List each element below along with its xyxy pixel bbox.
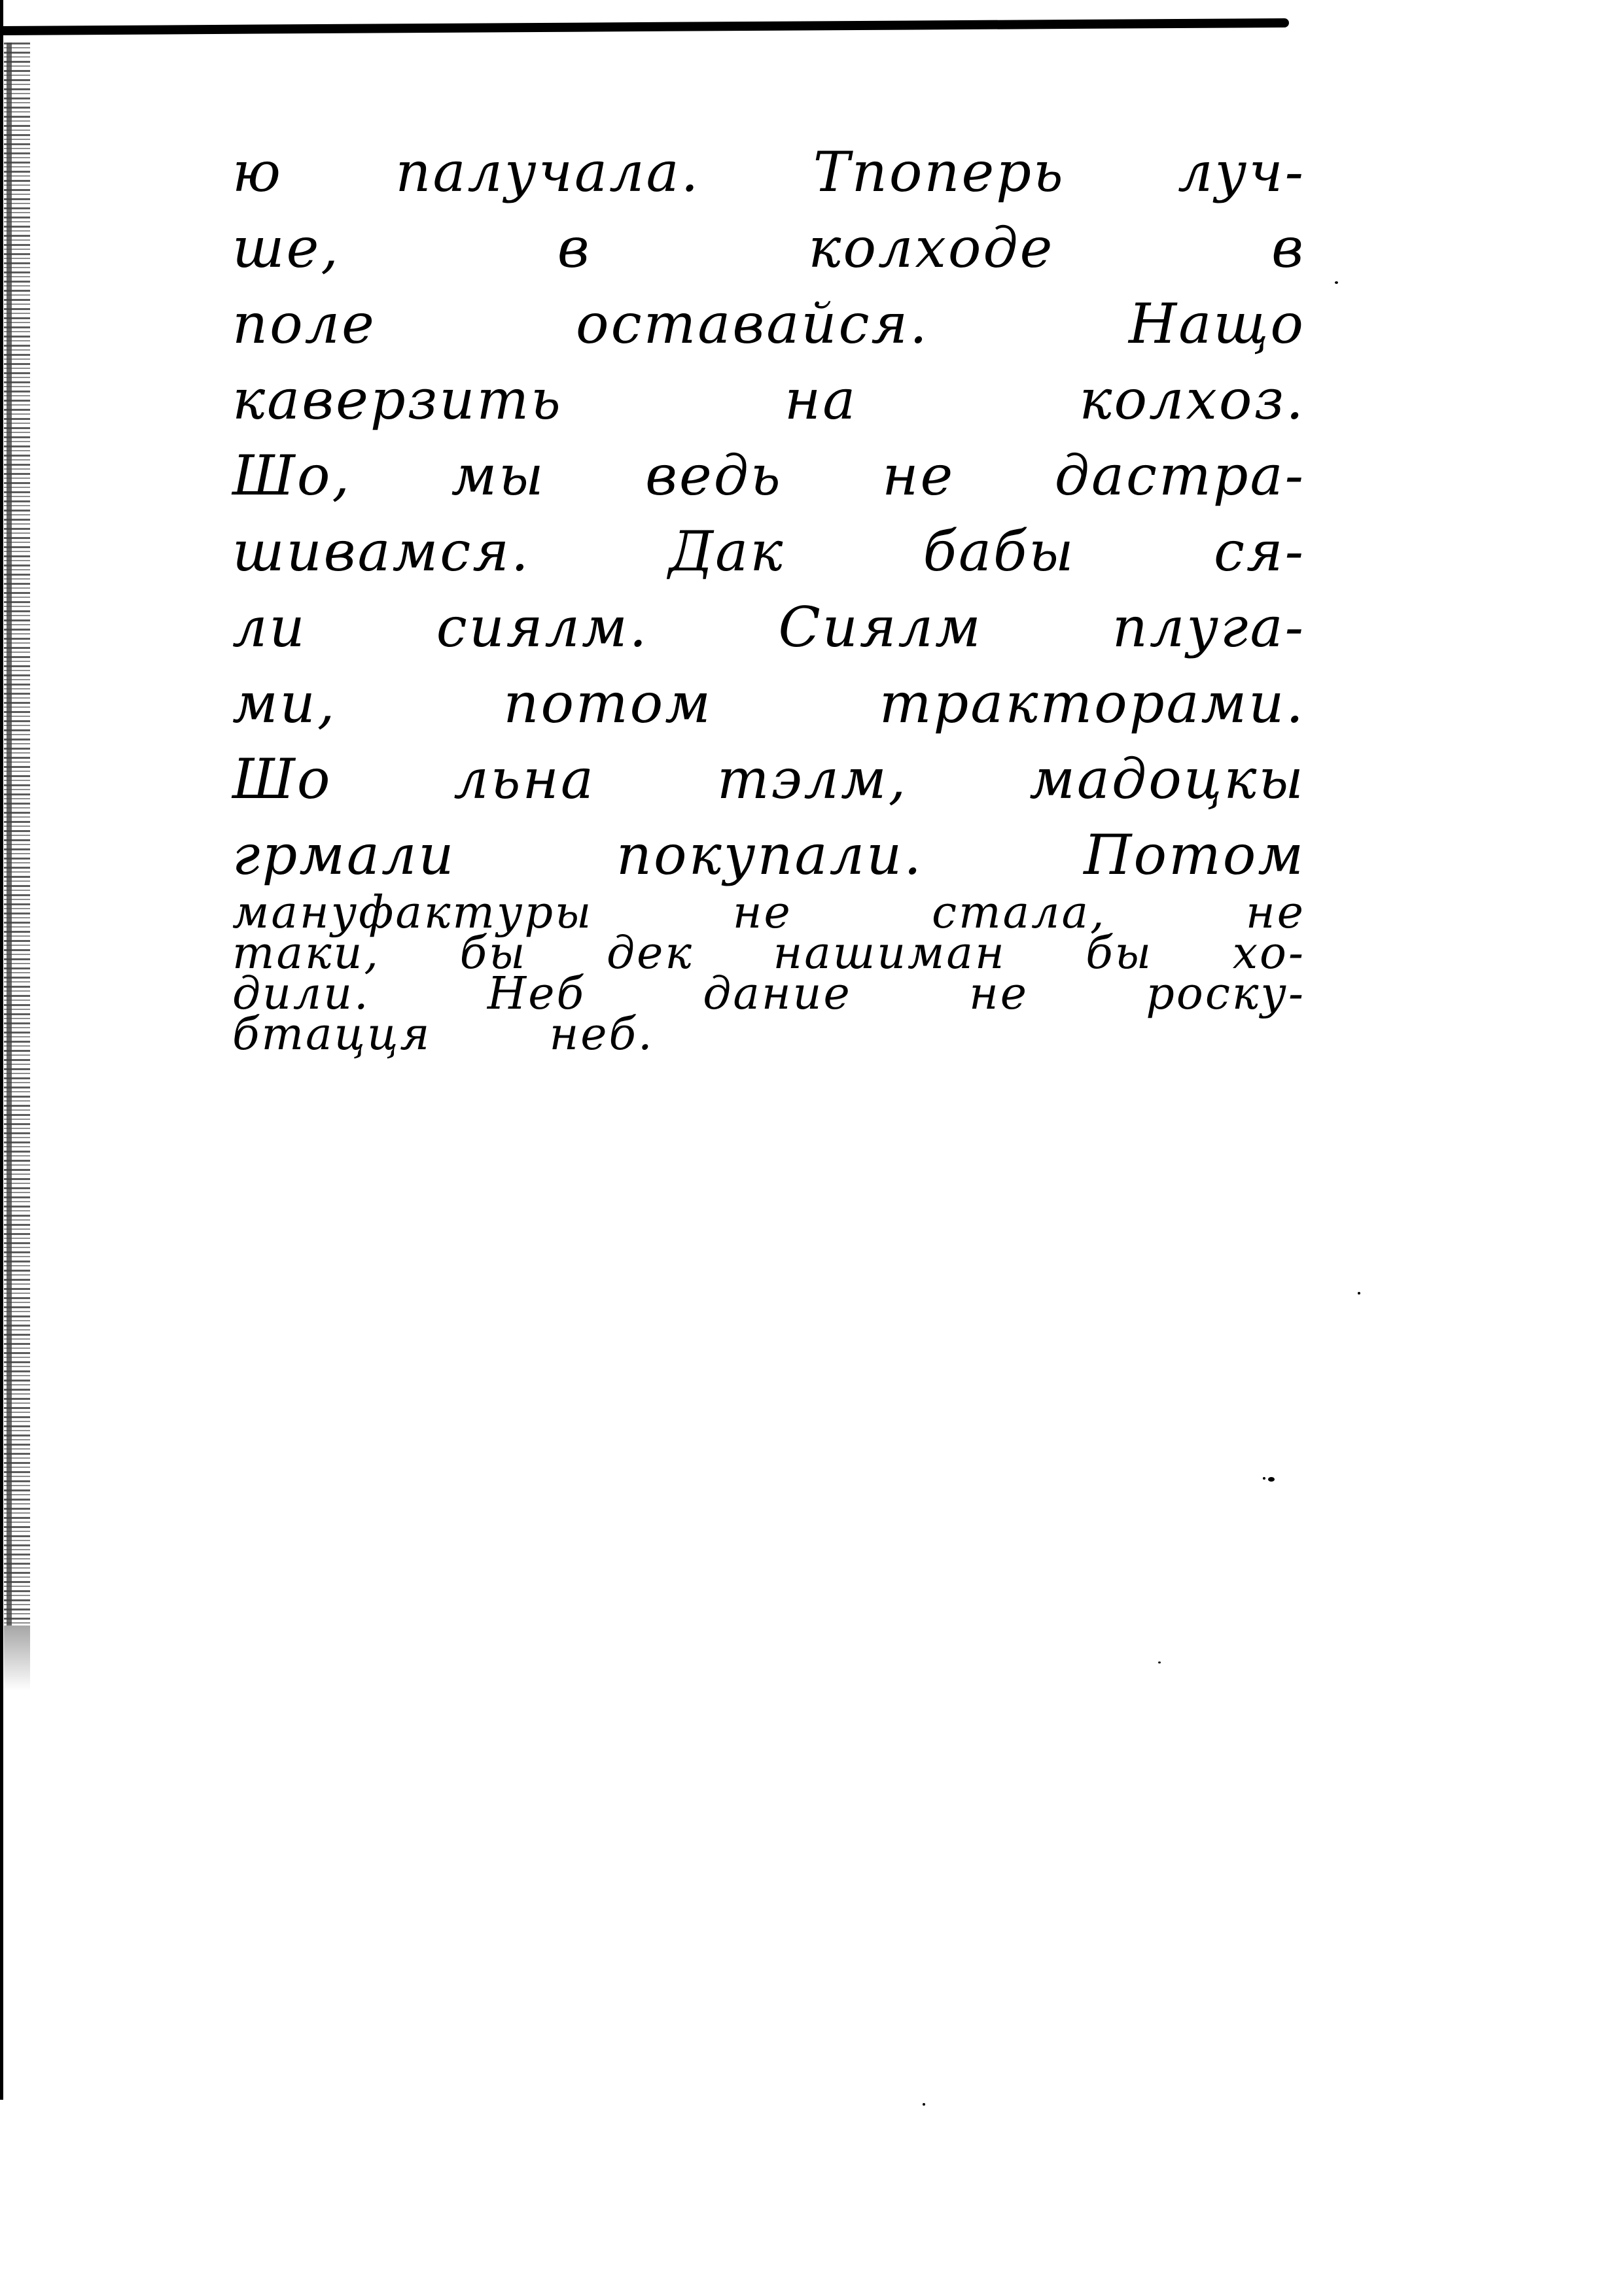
binding-edge-fade xyxy=(4,1626,30,1691)
word: бы xyxy=(1086,933,1153,974)
word: в xyxy=(557,210,592,286)
text-line-4: каверзить на колхоз. xyxy=(232,362,1305,438)
scan-speck xyxy=(1335,281,1338,284)
word: колхоз. xyxy=(1079,362,1305,438)
scan-speck xyxy=(1158,1661,1161,1663)
word: грмали xyxy=(232,817,456,893)
word: колходе xyxy=(808,210,1054,286)
text-line-7: ли сиялм. Сиялм плуга- xyxy=(232,589,1305,665)
text-line-9: Шо льна тэлм, мадоцкы xyxy=(232,741,1305,817)
text-line-5: Шо, мы ведь не дастра- xyxy=(232,438,1305,513)
word: на xyxy=(785,362,857,438)
word: Потом xyxy=(1084,817,1305,893)
word: шивамся. xyxy=(232,513,531,589)
text-line-14: бтацця неб. xyxy=(232,1015,1305,1055)
handwritten-text-block: ю палучала. Тпоперь луч- ше, в колходе в… xyxy=(232,134,1305,1055)
word: мадоцкы xyxy=(1029,741,1305,817)
word: неб. xyxy=(549,1015,654,1055)
word: дастра- xyxy=(1055,438,1305,513)
word: поле xyxy=(232,286,376,362)
word: ми, xyxy=(232,665,336,741)
text-line-1: ю палучала. Тпоперь луч- xyxy=(232,134,1305,210)
word: дек xyxy=(607,933,694,974)
word: не xyxy=(969,974,1029,1015)
scanned-page: ю палучала. Тпоперь луч- ше, в колходе в… xyxy=(0,0,1607,2296)
word: покупали. xyxy=(616,817,923,893)
word: льна xyxy=(453,741,595,817)
word: Дак xyxy=(669,513,785,589)
word: дание xyxy=(703,974,851,1015)
word: ли xyxy=(232,589,307,665)
word: потом xyxy=(503,665,713,741)
word: Шо, xyxy=(232,438,351,513)
word: Сиялм xyxy=(778,589,982,665)
word: бабы xyxy=(923,513,1076,589)
word: ведь xyxy=(645,438,783,513)
notebook-binding-edge xyxy=(4,43,30,1626)
word: Нащо xyxy=(1129,286,1305,362)
word: луч- xyxy=(1178,134,1305,210)
word: оставайся. xyxy=(576,286,929,362)
text-line-3: поле оставайся. Нащо xyxy=(232,286,1305,362)
word: тэлм, xyxy=(717,741,908,817)
word: не xyxy=(882,438,955,513)
text-line-6: шивамся. Дак бабы ся- xyxy=(232,513,1305,589)
word: тракторами. xyxy=(879,665,1305,741)
word: Тпоперь xyxy=(813,134,1065,210)
text-line-10: грмали покупали. Потом xyxy=(232,817,1305,893)
word: каверзить xyxy=(232,362,563,438)
scan-speck xyxy=(1358,1292,1360,1295)
word: в xyxy=(1271,210,1305,286)
scan-left-edge xyxy=(0,0,3,2100)
word: ю xyxy=(232,134,283,210)
word: палучала. xyxy=(395,134,700,210)
page-top-border-line xyxy=(0,18,1289,35)
word: роску- xyxy=(1146,974,1305,1015)
word: сиялм. xyxy=(436,589,649,665)
word: плуга- xyxy=(1112,589,1305,665)
word: ся- xyxy=(1214,513,1305,589)
scan-speck xyxy=(923,2103,925,2106)
word: мы xyxy=(451,438,546,513)
word: ше, xyxy=(232,210,340,286)
word: Шо xyxy=(232,741,332,817)
text-line-8: ми, потом тракторами. xyxy=(232,665,1305,741)
scan-speck xyxy=(1268,1477,1275,1482)
word: бтацця xyxy=(232,1015,431,1055)
text-line-2: ше, в колходе в xyxy=(232,210,1305,286)
scan-speck xyxy=(1263,1477,1265,1480)
